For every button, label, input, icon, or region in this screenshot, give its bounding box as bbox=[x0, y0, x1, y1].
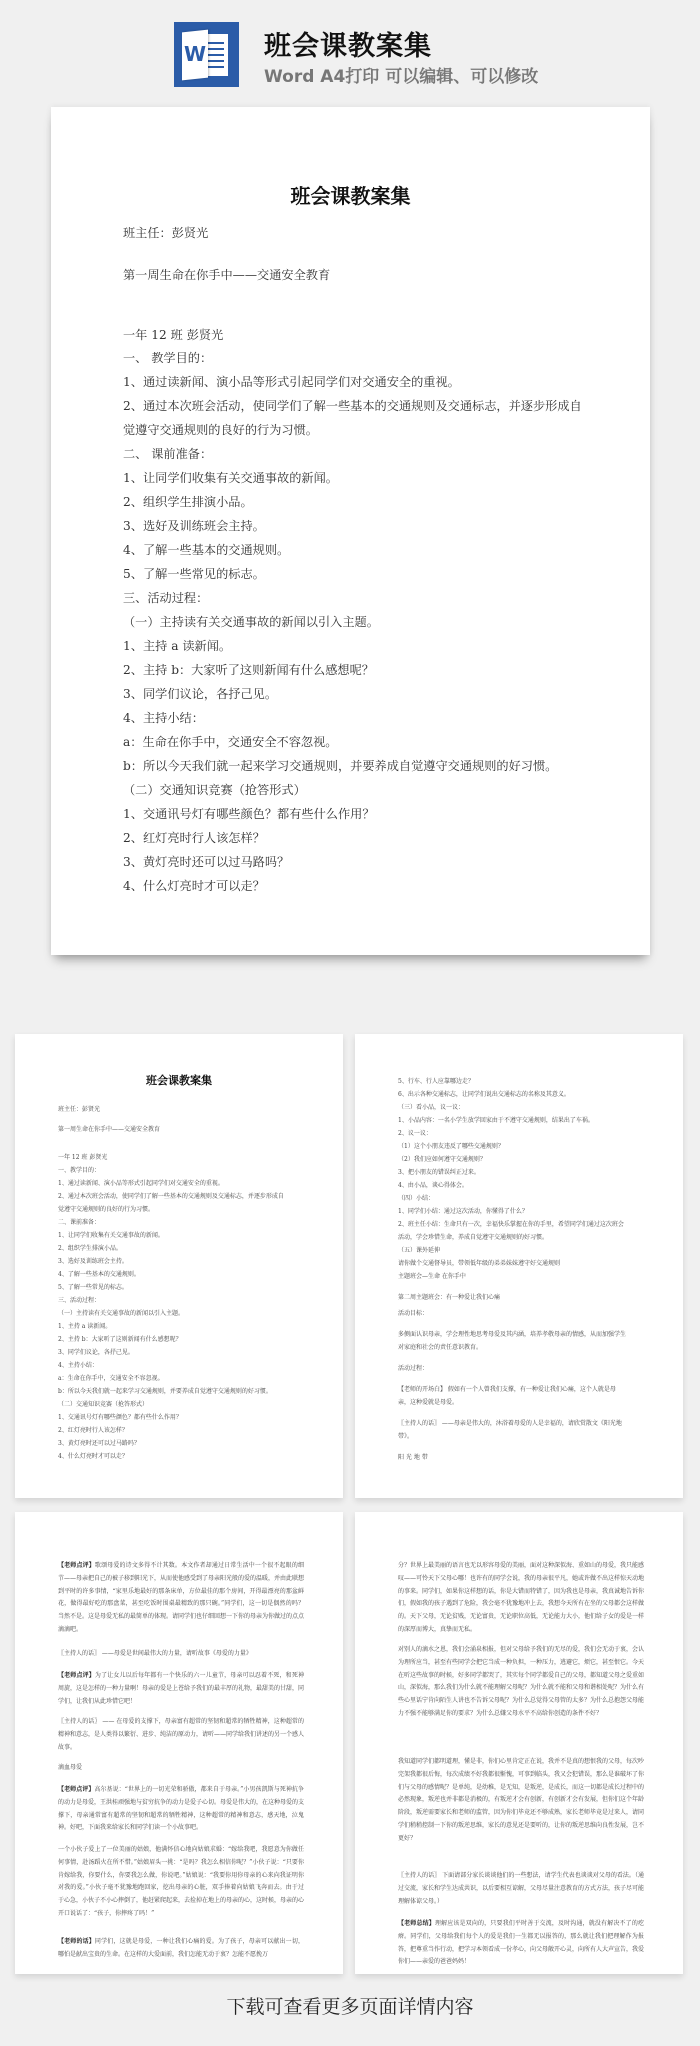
paragraph-text: 歌颂母爱的诗文多得不计其数。本文作者却通过日常生活中一个很不起眼的细节——母亲把… bbox=[58, 1562, 304, 1633]
thumbnail-line: 6、出示各种交通标志，让同学们说出交通标志的名称及其意义。 bbox=[398, 1089, 648, 1098]
paragraph-text: 一个小伙子爱上了一位美丽的姑娘，他满怀信心地向姑娘求婚：“嫁给我吧，我愿意为你做… bbox=[58, 1846, 304, 1917]
thumbnail-line: 觉遵守交通规则的良好的行为习惯。 bbox=[58, 1204, 308, 1213]
document-line: 5、了解一些常见的标志。 bbox=[123, 565, 265, 582]
thumbnail-paragraph: 【老师总结】理解应该是双向的，只要我们平时善于交流，及时沟通，就没有解决不了的疙… bbox=[398, 1918, 644, 1969]
main-page-preview: 班会课教案集 班主任：彭贤光第一周生命在你手中——交通安全教育一年 12 班 彭… bbox=[51, 107, 650, 955]
thumbnail-line: 1、同学们小结：通过这次活动，你懂得了什么？ bbox=[398, 1206, 648, 1215]
paragraph-label: 【老师点评】 bbox=[58, 1786, 94, 1793]
page-thumbnail-1[interactable]: 班会课教案集 班主任：彭贤光第一周生命在你手中——交通安全教育一年 12 班 彭… bbox=[15, 1034, 343, 1498]
thumbnail-line: 4、主持小结： bbox=[58, 1360, 308, 1369]
thumbnail-line: 5、行车、行人应靠哪边走？ bbox=[398, 1076, 648, 1085]
thumbnail-line: 2、通过本次班会活动，使同学们了解一些基本的交通规则及交通标志，并逐步形成自 bbox=[58, 1191, 308, 1200]
thumbnail-line: 2、红灯亮时行人该怎样？ bbox=[58, 1425, 308, 1434]
document-line: 三、活动过程： bbox=[123, 589, 208, 606]
page-thumbnail-4[interactable]: 分？世界上最美丽的语言也无以形容母爱的美丽，面对这种深似海、重如山的母爱，我只能… bbox=[355, 1512, 683, 1974]
document-line: 1、交通讯号灯有哪些颜色？都有些什么作用？ bbox=[123, 805, 375, 822]
thumbnail-paragraph: 【老师点评】歌颂母爱的诗文多得不计其数。本文作者却通过日常生活中一个很不起眼的细… bbox=[58, 1560, 304, 1637]
document-line: 二、 课前准备： bbox=[123, 445, 212, 462]
thumbnail-line: 第二周主题班会：有一种爱让我们心痛 bbox=[398, 1292, 648, 1301]
paragraph-text: 对别人的滴水之恩，我们会涌泉相报，但对父母给予我们的无尽的爱，我们会无动于衷，会… bbox=[398, 1646, 644, 1717]
paragraph-text: 〖主持人的话〗 —— 在母爱的支撑下，母亲富有超常的坚韧和超常的牺牲精神，这种超… bbox=[58, 1718, 304, 1751]
thumbnail-line: 3、黄灯亮时还可以过马路吗？ bbox=[58, 1438, 308, 1447]
thumbnail-paragraph: 〖主持人的话〗 下面请部分家长谈谈他们的一些想法，请学生代表也谈谈对父母的看法。… bbox=[398, 1870, 644, 1908]
thumbnail-line: a：生命在你手中，交通安全不容忽视。 bbox=[58, 1373, 308, 1382]
paragraph-text: 我知道同学们都明道理，懂是非，你们心里肯定正在说，我并不是真的想恨我的父母，每次… bbox=[398, 1758, 644, 1842]
document-line: 3、同学们议论，各抒己见。 bbox=[123, 685, 277, 702]
thumbnail-line: b：所以今天我们就一起来学习交通规则，并要养成自觉遵守交通规则的好习惯。 bbox=[58, 1386, 308, 1395]
document-line: 3、选好及训练班会主持。 bbox=[123, 517, 265, 534]
paragraph-text: 高尔基说：“世界上的一切光荣和骄傲，都来自于母亲。”小男孩凯斯与死神抗争的动力是… bbox=[58, 1786, 304, 1831]
thumbnail-line: 1、交通讯号灯有哪些颜色？都有些什么作用？ bbox=[58, 1412, 308, 1421]
paragraph-text: 滴血母爱 bbox=[58, 1764, 82, 1771]
thumbnail-line: 带》。 bbox=[398, 1431, 648, 1440]
paragraph-label: 【老师的话】 bbox=[58, 1938, 95, 1945]
document-line: 3、黄灯亮时还可以过马路吗？ bbox=[123, 853, 289, 870]
document-line: 2、组织学生排演小品。 bbox=[123, 493, 253, 510]
thumbnail-line: （2）我们应如何遵守交通规则？ bbox=[398, 1154, 648, 1163]
thumbnail-paragraph: 【老师的话】同学们，这就是母爱，一种让我们心痛的爱。为了孩子，母亲可以献出一切，… bbox=[58, 1936, 304, 1962]
thumbnail-paragraph: 滴血母爱 bbox=[58, 1762, 304, 1775]
document-line: （一）主持读有关交通事故的新闻以引入主题。 bbox=[123, 613, 379, 630]
thumbnail-line: （三）看小品，议一议： bbox=[398, 1102, 648, 1111]
thumbnail-line: 一、教学目的： bbox=[58, 1165, 308, 1174]
document-line: 一、 教学目的： bbox=[123, 349, 212, 366]
paragraph-text: 分？世界上最美丽的语言也无以形容母爱的美丽，面对这种深似海、重如山的母爱，我只能… bbox=[398, 1562, 644, 1633]
paragraph-text: 理解应该是双向的，只要我们平时善于交流，及时沟通，就没有解决不了的疙瘩。同学们，… bbox=[398, 1920, 644, 1965]
thumbnail-line: 3、把小朋友的错误纠正过来。 bbox=[398, 1167, 648, 1176]
thumbnail-paragraph: 【老师点评】高尔基说：“世界上的一切光荣和骄傲，都来自于母亲。”小男孩凯斯与死神… bbox=[58, 1784, 304, 1835]
download-more-prompt[interactable]: 下载可查看更多页面详情内容 bbox=[0, 1992, 700, 2019]
thumbnail-line: 1、让同学们收集有关交通事故的新闻。 bbox=[58, 1230, 308, 1239]
word-document-icon: W bbox=[174, 22, 239, 87]
document-line: 第一周生命在你手中——交通安全教育 bbox=[123, 266, 330, 283]
paragraph-label: 【老师总结】 bbox=[398, 1920, 435, 1927]
thumbnail-line: 4、什么灯亮时才可以走？ bbox=[58, 1451, 308, 1460]
thumbnail-line: （四）小结： bbox=[398, 1193, 648, 1202]
thumbnail-line: 4、了解一些基本的交通规则。 bbox=[58, 1269, 308, 1278]
thumbnail-line: 活动目标： bbox=[398, 1308, 648, 1317]
thumbnail-line: 1、主持 a 读新闻。 bbox=[58, 1321, 308, 1330]
thumbnail-line: 主题班会—生命 在你手中 bbox=[398, 1271, 648, 1280]
thumbnail-line: 活动过程： bbox=[398, 1363, 648, 1372]
paragraph-text: 同学们，这就是母爱，一种让我们心痛的爱。为了孩子，母亲可以献出一切，哪怕是献出宝… bbox=[58, 1938, 304, 1958]
document-line: a：生命在你手中，交通安全不容忽视。 bbox=[123, 733, 337, 750]
paragraph-label: 【老师点评】 bbox=[58, 1672, 95, 1679]
thumbnail-line: 一年 12 班 彭贤光 bbox=[58, 1152, 308, 1161]
thumbnail-line: 活动，学会珍惜生命，养成自觉遵守交通规则的好习惯。 bbox=[398, 1232, 648, 1241]
document-line: 2、主持 b：大家听了这则新闻有什么感想呢？ bbox=[123, 661, 374, 678]
thumbnail-line: 二、课前准备： bbox=[58, 1217, 308, 1226]
document-line: 2、通过本次班会活动，使同学们了解一些基本的交通规则及交通标志，并逐步形成自 bbox=[123, 397, 582, 414]
document-line: 1、让同学们收集有关交通事故的新闻。 bbox=[123, 469, 338, 486]
document-line: 2、红灯亮时行人该怎样？ bbox=[123, 829, 265, 846]
thumbnail-line: 2、组织学生排演小品。 bbox=[58, 1243, 308, 1252]
thumbnail-line: 多侧面认识母亲，学会理性地思考母爱及其内涵，培养孝敬母亲的情感，从而加强学生 bbox=[398, 1329, 648, 1338]
thumbnail-line: 3、选好及训练班会主持。 bbox=[58, 1256, 308, 1265]
product-subtitle: Word A4打印 可以编辑、可以修改 bbox=[264, 62, 538, 87]
thumbnail-line: 阳 光 地 带 bbox=[398, 1452, 648, 1461]
thumbnail-line: 班主任：彭贤光 bbox=[58, 1104, 308, 1113]
document-line: 班主任：彭贤光 bbox=[123, 224, 208, 241]
thumbnail-line: 〖主持人的话〗 ——母亲是伟大的，沐浴着母爱的人是幸福的，请欣赏散文《阳光地 bbox=[398, 1418, 648, 1427]
thumbnail-paragraph: 〖主持人的话〗 ——母爱是世间最伟大的力量，请听故事《母爱的力量》 bbox=[58, 1648, 304, 1661]
product-title: 班会课教案集 bbox=[264, 24, 432, 63]
paragraph-label: 【老师点评】 bbox=[58, 1562, 95, 1569]
document-line: 1、通过读新闻、演小品等形式引起同学们对交通安全的重视。 bbox=[123, 373, 460, 390]
thumbnail-paragraph: 〖主持人的话〗 —— 在母爱的支撑下，母亲富有超常的坚韧和超常的牺牲精神，这种超… bbox=[58, 1716, 304, 1754]
document-title: 班会课教案集 bbox=[51, 180, 650, 209]
thumbnail-line: 3、同学们议论，各抒己见。 bbox=[58, 1347, 308, 1356]
document-line: 1、主持 a 读新闻。 bbox=[123, 637, 231, 654]
thumbnail-line: 【老师的开场白】 假如有一个人曾我们支撑，有一种爱让我们心痛，这个人就是母 bbox=[398, 1384, 648, 1393]
thumbnail-paragraph: 对别人的滴水之恩，我们会涌泉相报，但对父母给予我们的无尽的爱，我们会无动于衷，会… bbox=[398, 1644, 644, 1721]
thumbnail-line: 亲，这种爱就是母爱。 bbox=[398, 1397, 648, 1406]
thumbnail-paragraph: 分？世界上最美丽的语言也无以形容母爱的美丽，面对这种深似海、重如山的母爱，我只能… bbox=[398, 1560, 644, 1637]
paragraph-text: 〖主持人的话〗 ——母爱是世间最伟大的力量，请听故事《母爱的力量》 bbox=[58, 1650, 252, 1657]
thumbnail-title: 班会课教案集 bbox=[15, 1072, 343, 1088]
thumbnail-line: 第一周生命在你手中——交通安全教育 bbox=[58, 1124, 308, 1133]
thumbnail-line: 1、小品内容：一名小学生放学回家由于不遵守交通规则，结果出了车祸。 bbox=[398, 1115, 648, 1124]
thumbnail-line: 三、活动过程： bbox=[58, 1295, 308, 1304]
product-header: W 班会课教案集 Word A4打印 可以编辑、可以修改 bbox=[0, 0, 700, 100]
thumbnail-paragraph: 【老师点评】为了让女儿以后每年都有一个快乐的六一儿童节，母亲可以忍着不死，和死神… bbox=[58, 1670, 304, 1708]
thumbnail-paragraph: 我知道同学们都明道理，懂是非，你们心里肯定正在说，我并不是真的想恨我的父母，每次… bbox=[398, 1756, 644, 1846]
thumbnail-line: （二）交通知识竞赛（抢答形式） bbox=[58, 1399, 308, 1408]
thumbnail-line: （五）课外延伸 bbox=[398, 1245, 648, 1254]
thumbnail-line: 2、班主任小结：生命只有一次，幸福快乐掌握在你的手里，希望同学们通过这次班会 bbox=[398, 1219, 648, 1228]
paragraph-text: 为了让女儿以后每年都有一个快乐的六一儿童节，母亲可以忍着不死，和死神周旋，这是怎… bbox=[58, 1672, 304, 1705]
document-line: 觉遵守交通规则的良好的行为习惯。 bbox=[123, 421, 318, 438]
thumbnail-paragraph: 一个小伙子爱上了一位美丽的姑娘，他满怀信心地向姑娘求婚：“嫁给我吧，我愿意为你做… bbox=[58, 1844, 304, 1921]
document-line: b：所以今天我们就一起来学习交通规则，并要养成自觉遵守交通规则的好习惯。 bbox=[123, 757, 557, 774]
thumbnail-line: （一）主持读有关交通事故的新闻以引入主题。 bbox=[58, 1308, 308, 1317]
document-line: （二）交通知识竞赛（抢答形式） bbox=[123, 781, 306, 798]
page-thumbnail-3[interactable]: 【老师点评】歌颂母爱的诗文多得不计其数。本文作者却通过日常生活中一个很不起眼的细… bbox=[15, 1512, 343, 1974]
thumbnail-line: 2、主持 b：大家听了这则新闻有什么感想呢？ bbox=[58, 1334, 308, 1343]
document-line: 4、了解一些基本的交通规则。 bbox=[123, 541, 289, 558]
thumbnail-line: 1、通过读新闻、演小品等形式引起同学们对交通安全的重视。 bbox=[58, 1178, 308, 1187]
page-thumbnail-2[interactable]: 5、行车、行人应靠哪边走？6、出示各种交通标志，让同学们说出交通标志的名称及其意… bbox=[355, 1034, 683, 1498]
document-line: 4、主持小结： bbox=[123, 709, 204, 726]
thumbnail-line: （1）这个小朋友违反了哪些交通规则？ bbox=[398, 1141, 648, 1150]
thumbnail-line: 4、由小品，谈心得体会。 bbox=[398, 1180, 648, 1189]
thumbnail-line: 5、了解一些常见的标志。 bbox=[58, 1282, 308, 1291]
paragraph-text: 〖主持人的话〗 下面请部分家长谈谈他们的一些想法，请学生代表也谈谈对父母的看法。… bbox=[398, 1872, 644, 1905]
document-line: 4、什么灯亮时才可以走？ bbox=[123, 877, 265, 894]
thumbnail-line: 对家庭和社会的责任意识教育。 bbox=[398, 1342, 648, 1351]
thumbnail-line: 请你做个交通督导员，带领低年级的弟弟妹妹遵守好交通规则 bbox=[398, 1258, 648, 1267]
document-line: 一年 12 班 彭贤光 bbox=[123, 326, 223, 343]
thumbnail-line: 2、议一议： bbox=[398, 1128, 648, 1137]
word-icon-letter: W bbox=[183, 42, 207, 66]
